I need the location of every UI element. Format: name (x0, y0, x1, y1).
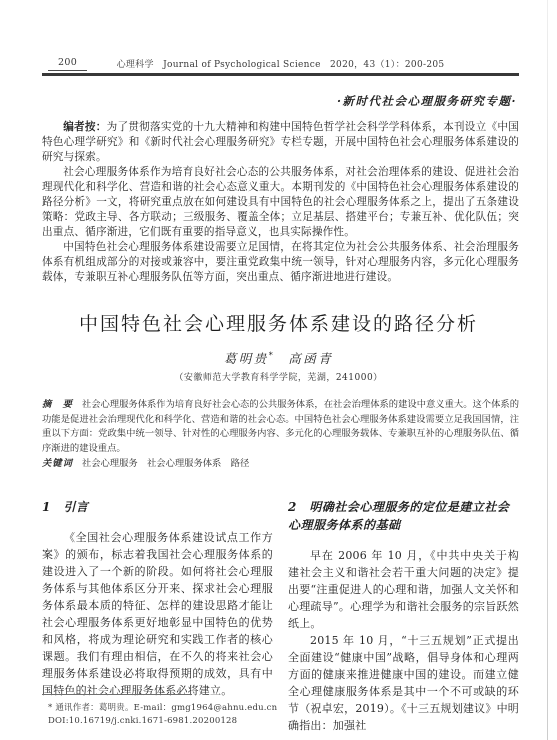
keywords-text: 社会心理服务 社会心理服务体系 路径 (82, 458, 249, 469)
section-2-heading: 2 明确社会心理服务的定位是建立社会心理服务体系的基础 (288, 498, 519, 534)
keywords-label: 关键词 (42, 458, 73, 469)
corresponding-author-note: * 通讯作者：葛明贵。E-mail：gmg1964@ahnu.edu.cn (42, 702, 277, 715)
journal-citation: 心理科学 Journal of Psychological Science 20… (117, 60, 445, 70)
special-topic-label: ·新时代社会心理服务研究专题· (42, 93, 517, 109)
article-title: 中国特色社会心理服务体系建设的路径分析 (30, 309, 527, 336)
affiliation: （安徽师范大学教育科学学院，芜湖，241000） (0, 370, 557, 383)
corresponding-author-mark: * (269, 351, 276, 360)
editor-note-label: 编者按： (63, 121, 106, 133)
footnote: * 通讯作者：葛明贵。E-mail：gmg1964@ahnu.edu.cn DO… (42, 694, 277, 728)
editor-note-paragraph: 社会心理服务体系作为培育良好社会心态的公共服务体系，对社会治理体系的建设、促进社… (42, 165, 519, 240)
author-name: 高函青 (288, 351, 333, 366)
editor-note-paragraph: 中国特色社会心理服务体系建设需要立足国情，在将其定位为社会公共服务体系、社会治理… (42, 240, 519, 285)
doi-line: DOI:10.16719/j.cnki.1671-6981.20200128 (42, 715, 277, 728)
header-rule (42, 73, 519, 76)
editor-note-paragraph: 编者按：为了贯彻落实党的十九大精神和构建中国特色哲学社会科学学科体系，本刊设立《… (42, 120, 519, 165)
abstract-paragraph: 摘 要社会心理服务体系作为培育良好社会心态的公共服务体系，在社会治理体系的建设中… (42, 398, 519, 456)
authors-line: 葛明贵*高函青 (0, 349, 557, 367)
abstract-label: 摘 要 (42, 399, 73, 410)
section-1-heading: 1 引言 (42, 498, 273, 516)
section-1-paragraph: 《全国社会心理服务体系建设试点工作方案》的颁布，标志着我国社会心理服务体系的建设… (42, 529, 273, 699)
author-name: 葛明贵 (224, 351, 269, 366)
section-2-paragraph: 早在 2006 年 10 月，《中共中央关于构建社会主义和谐社会若干重大问题的决… (288, 547, 519, 632)
keywords-line: 关键词社会心理服务 社会心理服务体系 路径 (42, 457, 519, 472)
running-head: 200 心理科学 Journal of Psychological Scienc… (42, 57, 519, 70)
abstract-block: 摘 要社会心理服务体系作为培育良好社会心态的公共服务体系，在社会治理体系的建设中… (42, 398, 519, 472)
editor-note: 编者按：为了贯彻落实党的十九大精神和构建中国特色哲学社会科学学科体系，本刊设立《… (42, 120, 519, 285)
editor-note-text: 为了贯彻落实党的十九大精神和构建中国特色哲学社会科学学科体系，本刊设立《中国特色… (42, 121, 519, 163)
abstract-text: 社会心理服务体系作为培育良好社会心态的公共服务体系，在社会治理体系的建设中意义重… (42, 399, 519, 454)
right-column: 2 明确社会心理服务的定位是建立社会心理服务体系的基础 早在 2006 年 10… (288, 498, 519, 734)
journal-page: 200 心理科学 Journal of Psychological Scienc… (0, 0, 557, 740)
section-2-paragraph: 2015 年 10 月，“十三五规划”正式提出全面建设“健康中国”战略，倡导身体… (288, 632, 519, 734)
scan-page-edge (547, 0, 548, 740)
page-number: 200 (48, 57, 87, 71)
footnote-rule (42, 694, 192, 695)
